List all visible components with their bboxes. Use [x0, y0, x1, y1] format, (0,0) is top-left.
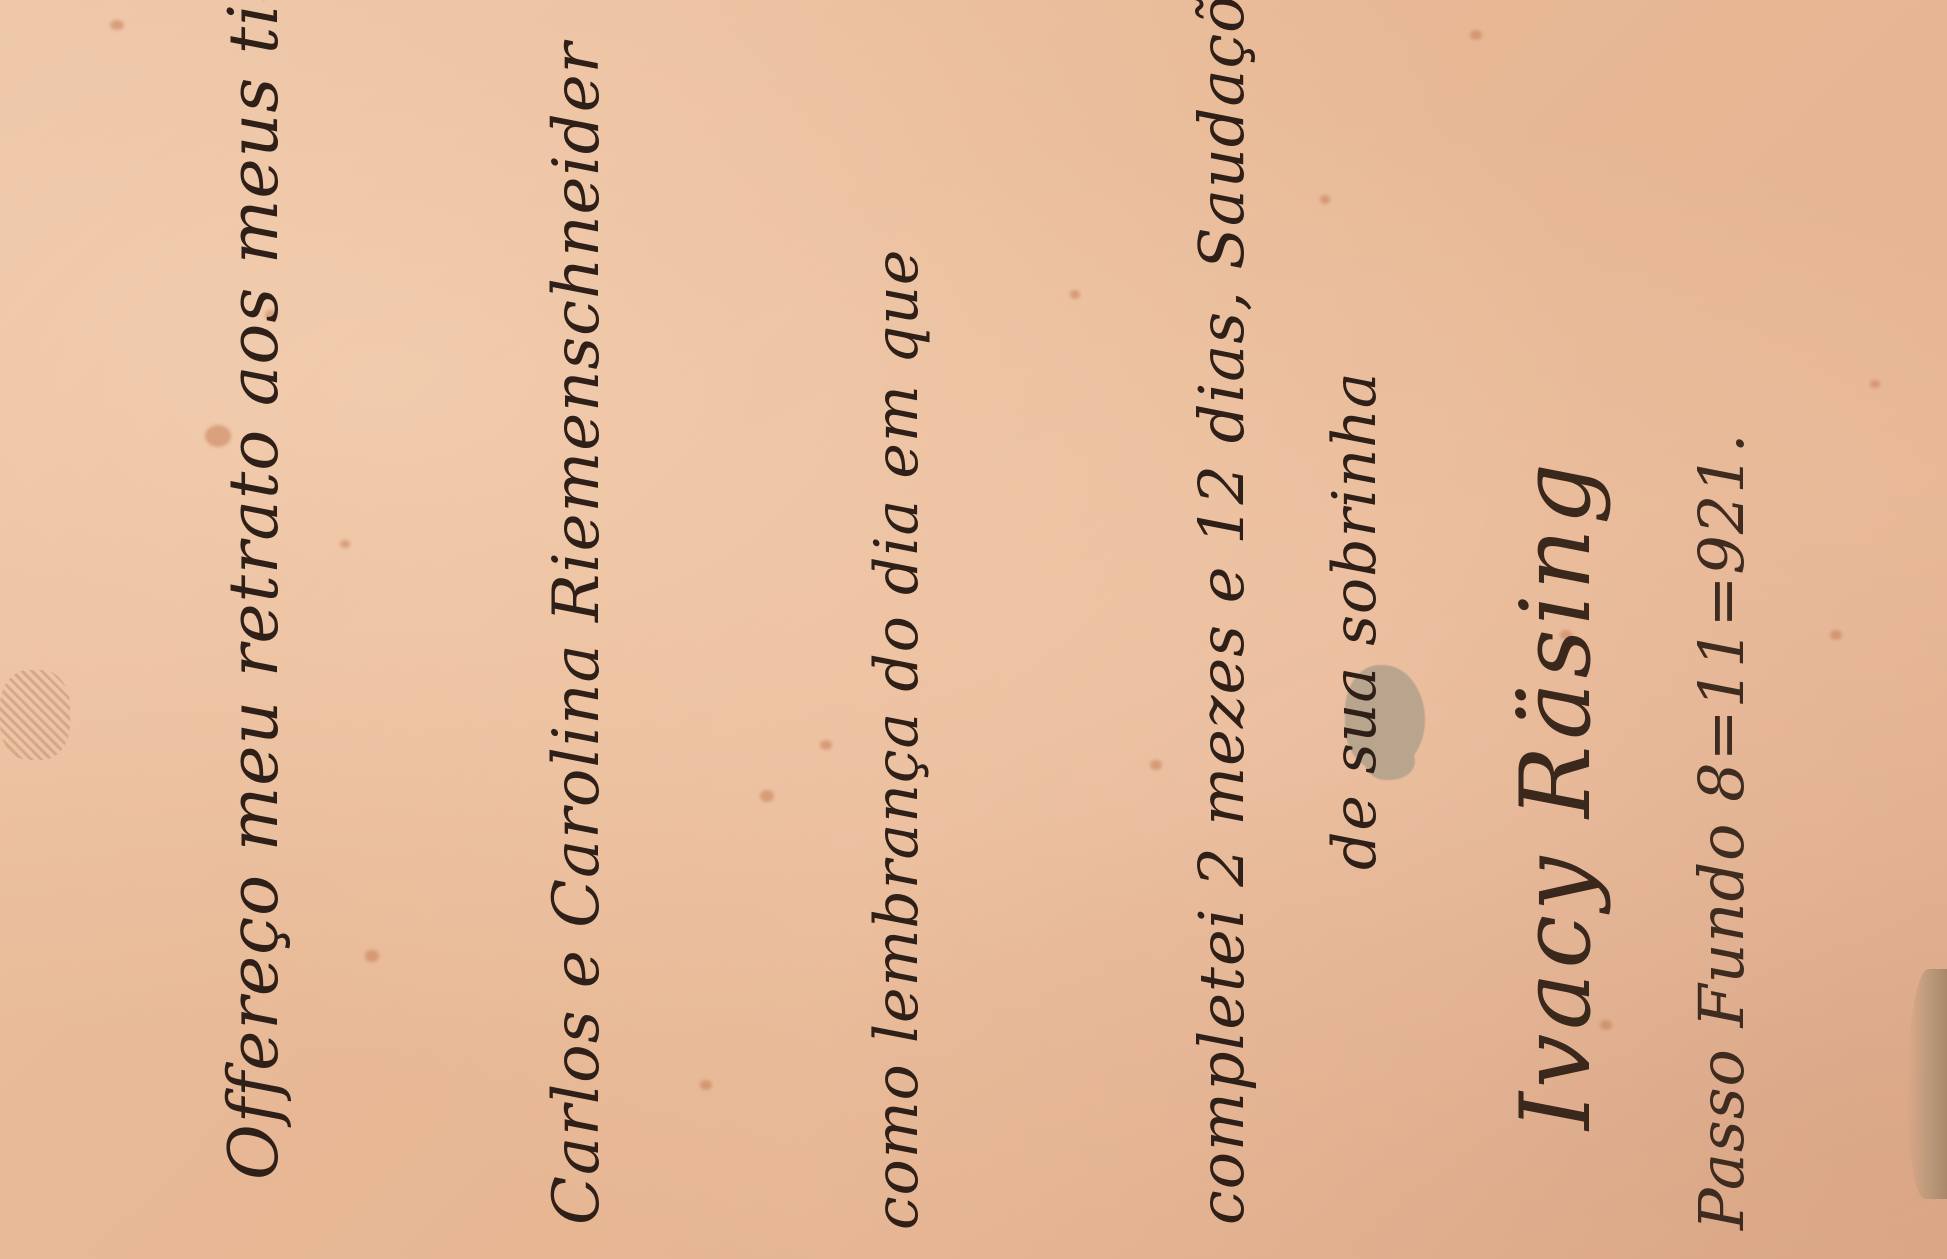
handwritten-line-4: completei 2 mezes e 12 dias, Saudações: [1185, 0, 1258, 1225]
handwritten-line-2: Carlos e Carolina Riemenschneider: [540, 42, 614, 1225]
foxing-spot: [365, 950, 379, 962]
foxing-spot: [700, 1080, 712, 1090]
handwritten-line-5: de sua sobrinha: [1320, 371, 1390, 870]
handwritten-line-1: Offereço meu retrato aos meus tios: [215, 0, 294, 1180]
foxing-spot: [1830, 630, 1842, 640]
place-and-date: Passo Fundo 8=11=921.: [1685, 433, 1758, 1230]
handwritten-line-3: como lembrança do dia em que: [862, 249, 932, 1230]
dedication-card: Offereço meu retrato aos meus tios Carlo…: [0, 0, 1947, 1259]
fingerprint-smudge: [0, 670, 70, 760]
signature: Ivacy Räsing: [1500, 459, 1612, 1130]
foxing-spot: [1470, 30, 1482, 40]
foxing-spot: [340, 540, 350, 548]
foxing-spot: [1150, 760, 1162, 770]
foxing-spot: [1870, 380, 1880, 388]
foxing-spot: [760, 790, 774, 802]
torn-edge: [1907, 969, 1947, 1199]
foxing-spot: [1070, 290, 1080, 299]
foxing-spot: [1320, 195, 1330, 204]
foxing-spot: [110, 20, 124, 30]
foxing-spot: [820, 740, 832, 750]
